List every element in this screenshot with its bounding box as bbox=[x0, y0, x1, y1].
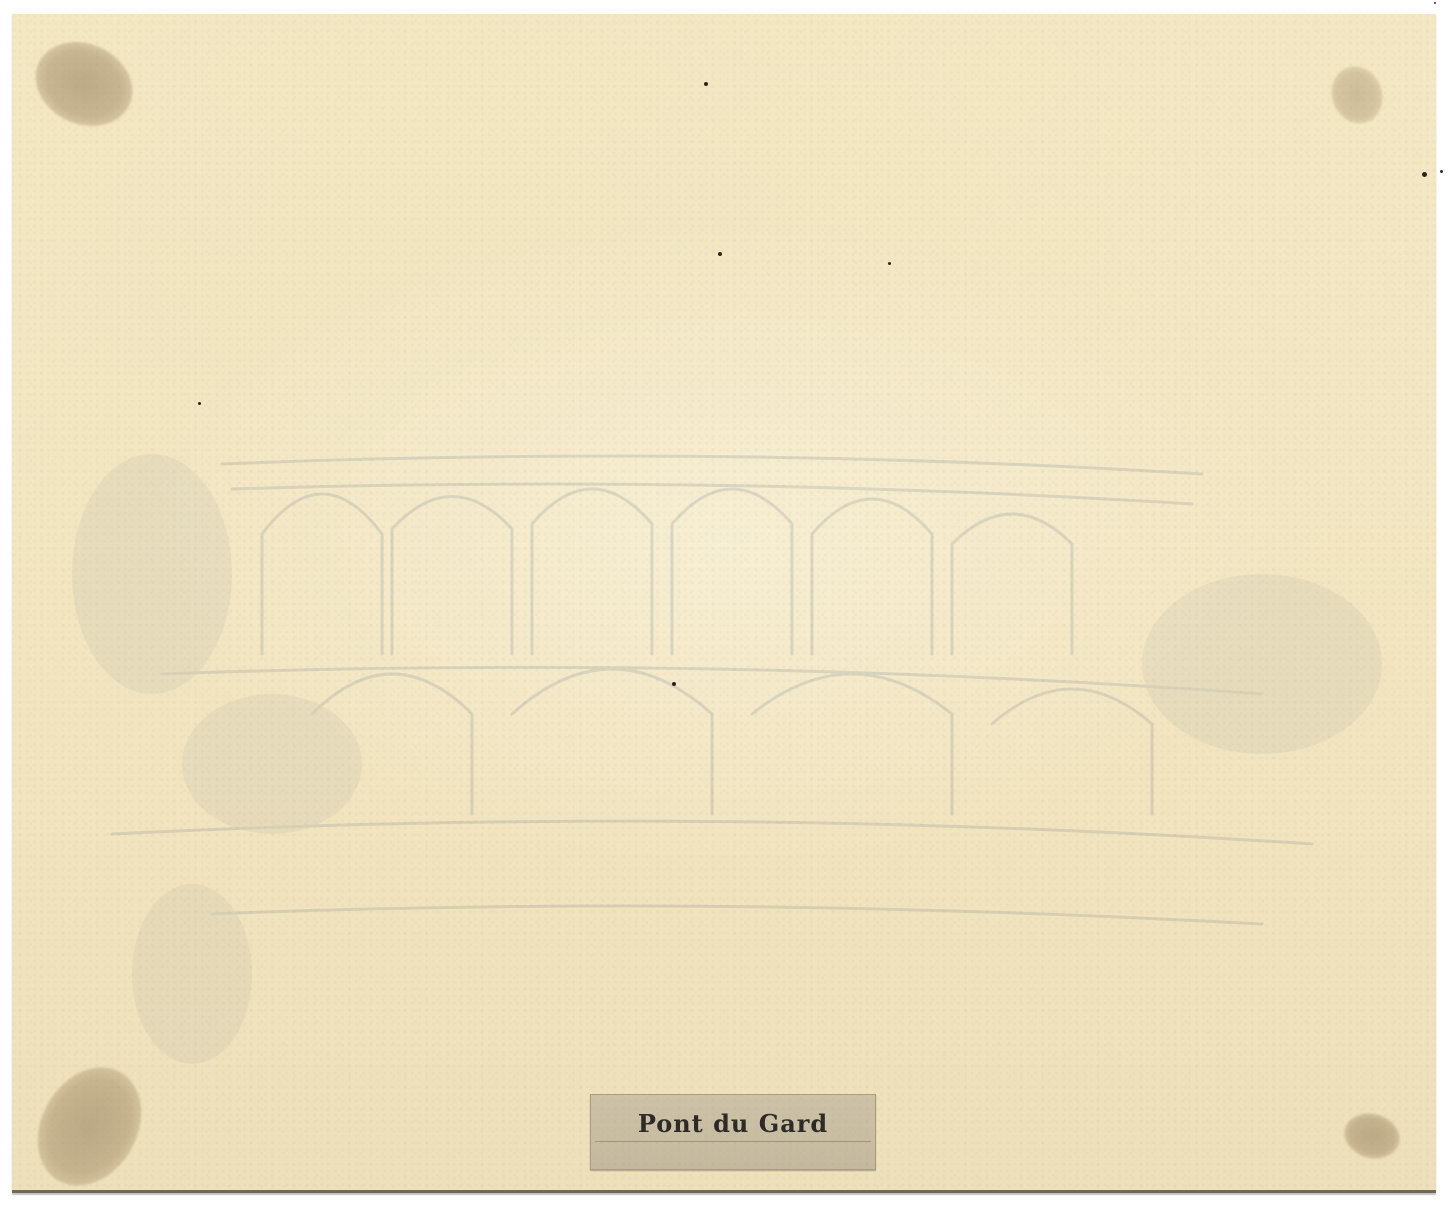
margin-speck bbox=[1440, 170, 1443, 173]
foxing-speck bbox=[672, 682, 676, 686]
corner-stain-top-right bbox=[1324, 59, 1391, 131]
title-label: Pont du Gard bbox=[590, 1094, 876, 1170]
corner-stain-top-left bbox=[22, 27, 146, 142]
scan-background: Pont du Gard bbox=[0, 0, 1452, 1208]
foxing-speck bbox=[198, 402, 201, 405]
paper-sheet: Pont du Gard bbox=[12, 14, 1436, 1193]
corner-stain-bottom-left bbox=[17, 1049, 162, 1193]
foxing-speck bbox=[888, 262, 891, 265]
foxing-speck bbox=[718, 252, 722, 256]
aqueduct-show-through bbox=[12, 14, 1436, 1190]
foxing-speck bbox=[1422, 172, 1427, 177]
label-text: Pont du Gard bbox=[591, 1109, 875, 1138]
margin-speck bbox=[1434, 2, 1436, 4]
foxing-speck bbox=[704, 82, 708, 86]
corner-stain-bottom-right bbox=[1339, 1108, 1404, 1165]
